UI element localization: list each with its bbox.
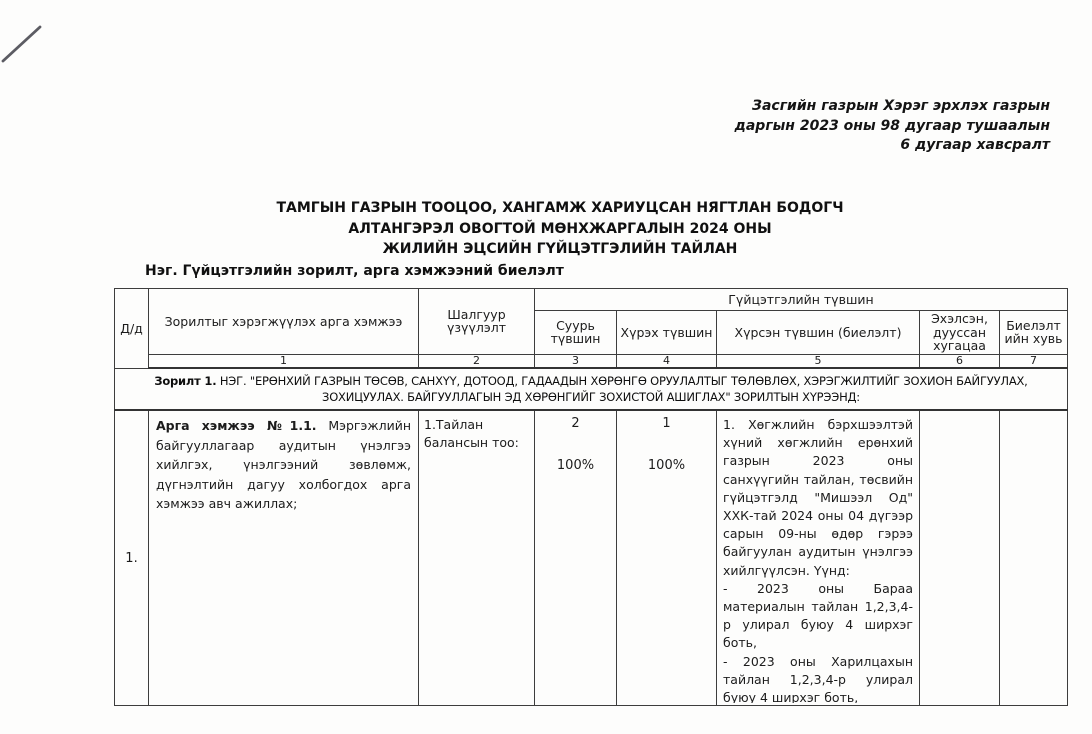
decree-reference-line: Засгийн газрын Хэрэг эрхлэх газрын <box>735 97 1050 117</box>
decree-reference-line: 6 дугаар хавсралт <box>735 136 1050 156</box>
column-number: 3 <box>535 354 617 368</box>
base-level-cell: 2 100% <box>535 410 617 706</box>
base-level-percent: 100% <box>535 458 616 473</box>
document-title: ТАМГЫН ГАЗРЫН ТООЦОО, ХАНГАМЖ ХАРИУЦСАН … <box>28 198 1092 260</box>
table-header-row-top: Д/д Зорилтыг хэрэгжүүлэх арга хэмжээ Шал… <box>115 289 1068 311</box>
column-number: 2 <box>419 354 535 368</box>
table-row: 1. Арга хэмжээ №1.1. Мэргэжлийн байгуулл… <box>115 410 1068 706</box>
row-number-cell: 1. <box>115 410 149 706</box>
scanned-document-page: Засгийн газрын Хэрэг эрхлэх газрын даргы… <box>0 0 1092 734</box>
header-achieved-level: Хүрсэн түвшин (биелэлт) <box>717 311 920 355</box>
achieved-paragraph: 1. Хөгжлийн бэрхшээлтэй хүний хөгжлийн е… <box>723 416 913 580</box>
pen-stroke-mark <box>0 0 70 90</box>
column-number: 5 <box>717 354 920 368</box>
measure-cell: Арга хэмжээ №1.1. Мэргэжлийн байгууллага… <box>149 410 419 706</box>
decree-reference-note: Засгийн газрын Хэрэг эрхлэх газрын даргы… <box>735 97 1050 156</box>
header-performance-group: Гүйцэтгэлийн түвшин <box>535 289 1068 311</box>
document-title-line: АЛТАНГЭРЭЛ ОВОГТОЙ МӨНХЖАРГАЛЫН 2024 ОНЫ <box>28 219 1092 240</box>
header-base-level: Суурь түвшин <box>535 311 617 355</box>
header-indicator: Шалгуур үзүүлэлт <box>419 289 535 355</box>
achieved-paragraph: - 2023 оны Бараа материалын тайлан 1,2,3… <box>723 580 913 653</box>
period-cell <box>920 410 1000 706</box>
section-heading: Нэг. Гүйцэтгэлийн зорилт, арга хэмжээний… <box>145 263 564 279</box>
target-level-percent: 100% <box>617 458 716 473</box>
header-percent: Биелэлт ийн хувь <box>1000 311 1068 355</box>
column-number: 1 <box>149 354 419 368</box>
target-level-cell: 1 100% <box>617 410 717 706</box>
measure-label: Арга хэмжээ №1.1. <box>156 418 317 433</box>
document-title-line: ТАМГЫН ГАЗРЫН ТООЦОО, ХАНГАМЖ ХАРИУЦСАН … <box>28 198 1092 219</box>
goal-row: Зорилт 1. НЭГ. "ЕРӨНХИЙ ГАЗРЫН ТӨСӨВ, СА… <box>115 368 1068 410</box>
base-level-value: 2 <box>535 416 616 431</box>
decree-reference-line: даргын 2023 оны 98 дугаар тушаалын <box>735 117 1050 137</box>
header-target-level: Хүрэх түвшин <box>617 311 717 355</box>
goal-cell: Зорилт 1. НЭГ. "ЕРӨНХИЙ ГАЗРЫН ТӨСӨВ, СА… <box>115 368 1068 410</box>
column-number: 4 <box>617 354 717 368</box>
performance-report-table: Д/д Зорилтыг хэрэгжүүлэх арга хэмжээ Шал… <box>114 288 1068 706</box>
percent-cell <box>1000 410 1068 706</box>
indicator-cell: 1.Тайлан балансын тоо: <box>419 410 535 706</box>
column-number: 7 <box>1000 354 1068 368</box>
goal-text: НЭГ. "ЕРӨНХИЙ ГАЗРЫН ТӨСӨВ, САНХҮҮ, ДОТО… <box>220 374 1028 404</box>
column-number: 6 <box>920 354 1000 368</box>
header-measure: Зорилтыг хэрэгжүүлэх арга хэмжээ <box>149 289 419 355</box>
header-period: Эхэлсэн, дууссан хугацаа <box>920 311 1000 355</box>
document-title-line: ЖИЛИЙН ЭЦСИЙН ГҮЙЦЭТГЭЛИЙН ТАЙЛАН <box>28 239 1092 260</box>
achieved-text: 1. Хөгжлийн бэрхшээлтэй хүний хөгжлийн е… <box>723 416 913 703</box>
target-level-value: 1 <box>617 416 716 431</box>
achieved-cell: 1. Хөгжлийн бэрхшээлтэй хүний хөгжлийн е… <box>717 410 920 706</box>
achieved-paragraph: - 2023 оны Харилцахын тайлан 1,2,3,4-р у… <box>723 653 913 703</box>
header-dd: Д/д <box>115 289 149 369</box>
column-number-row: 1 2 3 4 5 6 7 <box>115 354 1068 368</box>
goal-label: Зорилт 1. <box>154 374 216 388</box>
